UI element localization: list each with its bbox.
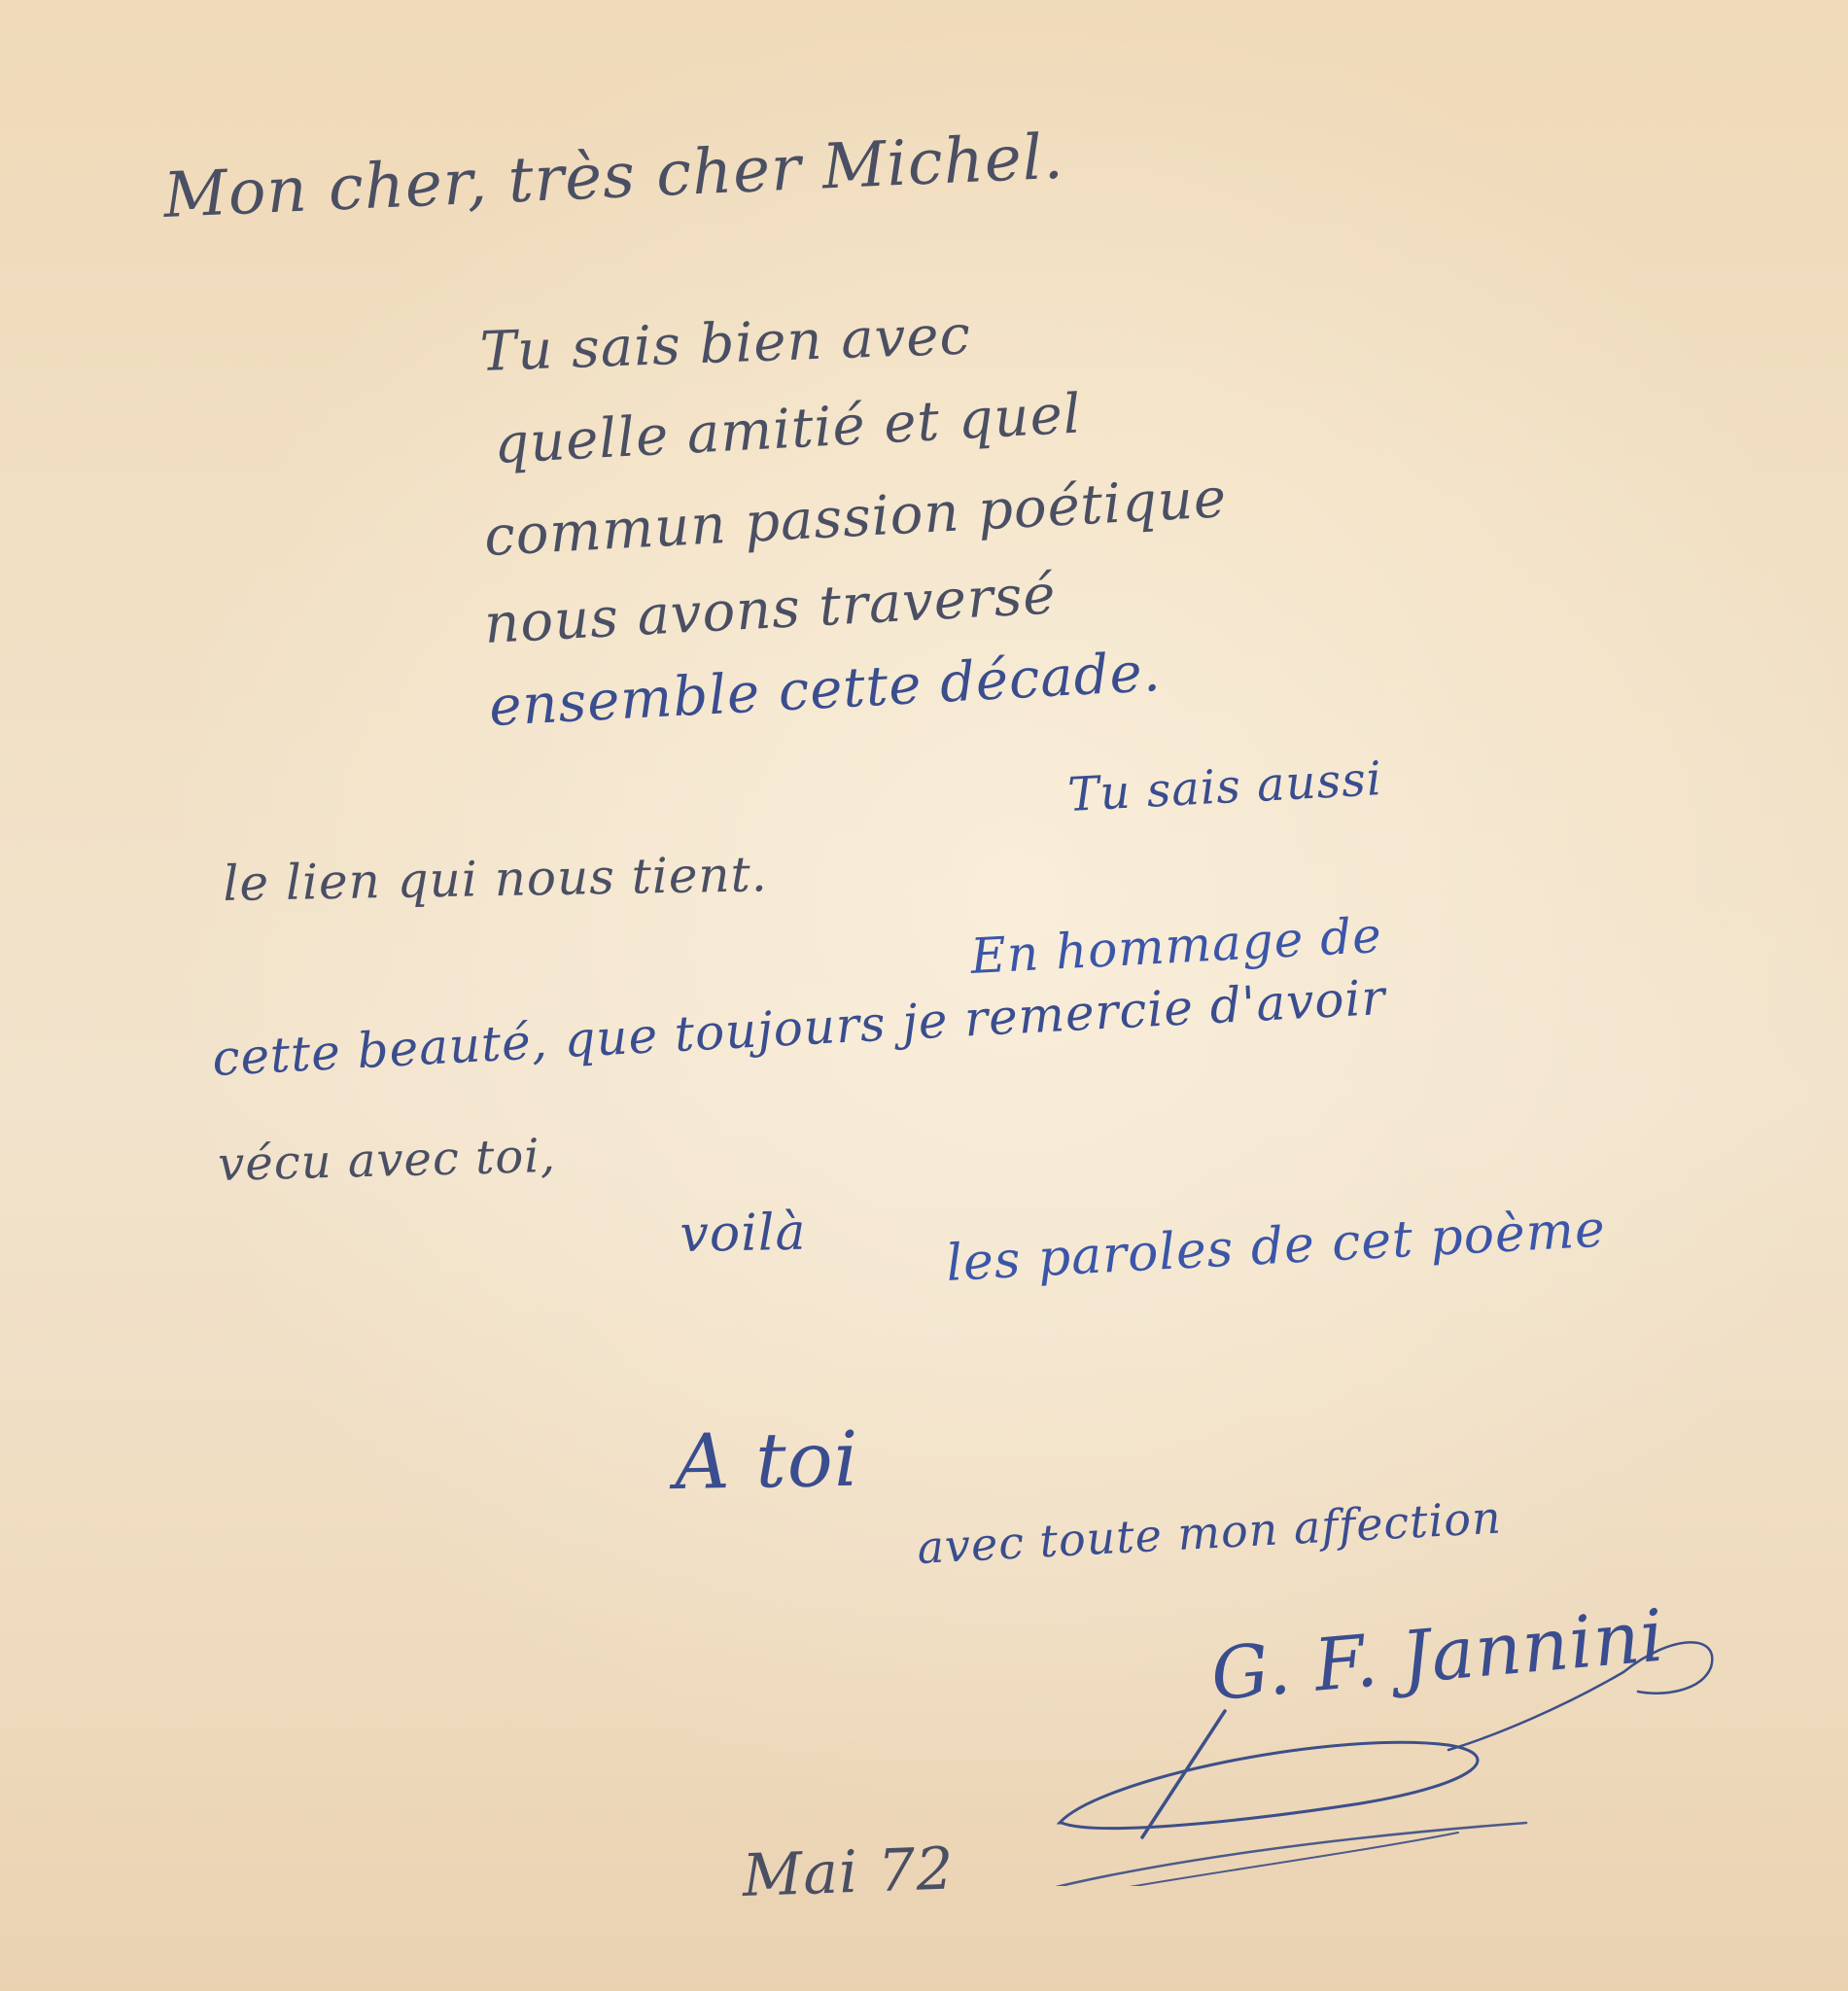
paragraph-1-line-5: ensemble cette décade. [488,641,1163,739]
paragraph-1-line-4: nous avons traversé [483,563,1058,656]
paragraph-3-line-5: les paroles de cet poème [945,1201,1607,1293]
paragraph-3-line-3: vécu avec toi, [218,1129,557,1192]
paragraph-3-line-4: voilà [680,1204,807,1264]
signature-block: G. F. Jannini [1040,1614,1779,1886]
closing-line-1: A toi [674,1416,859,1507]
closing-line-2: avec toute mon affection [916,1491,1503,1574]
paragraph-2-line-1: Tu sais aussi [1066,751,1383,822]
date: Mai 72 [742,1834,956,1910]
paragraph-3-line-2: cette beauté, que toujours je remercie d… [211,969,1387,1087]
paragraph-1-line-3: commun passion poétique [483,467,1229,569]
paragraph-1-line-1: Tu sais bien avec [479,303,972,384]
paragraph-1-line-2: quelle amitié et quel [493,382,1084,476]
salutation: Mon cher, très cher Michel. [162,122,1065,232]
paragraph-2-line-2: le lien qui nous tient. [223,846,768,912]
dedication-page: Mon cher, très cher Michel. Tu sais bien… [0,0,1848,1991]
